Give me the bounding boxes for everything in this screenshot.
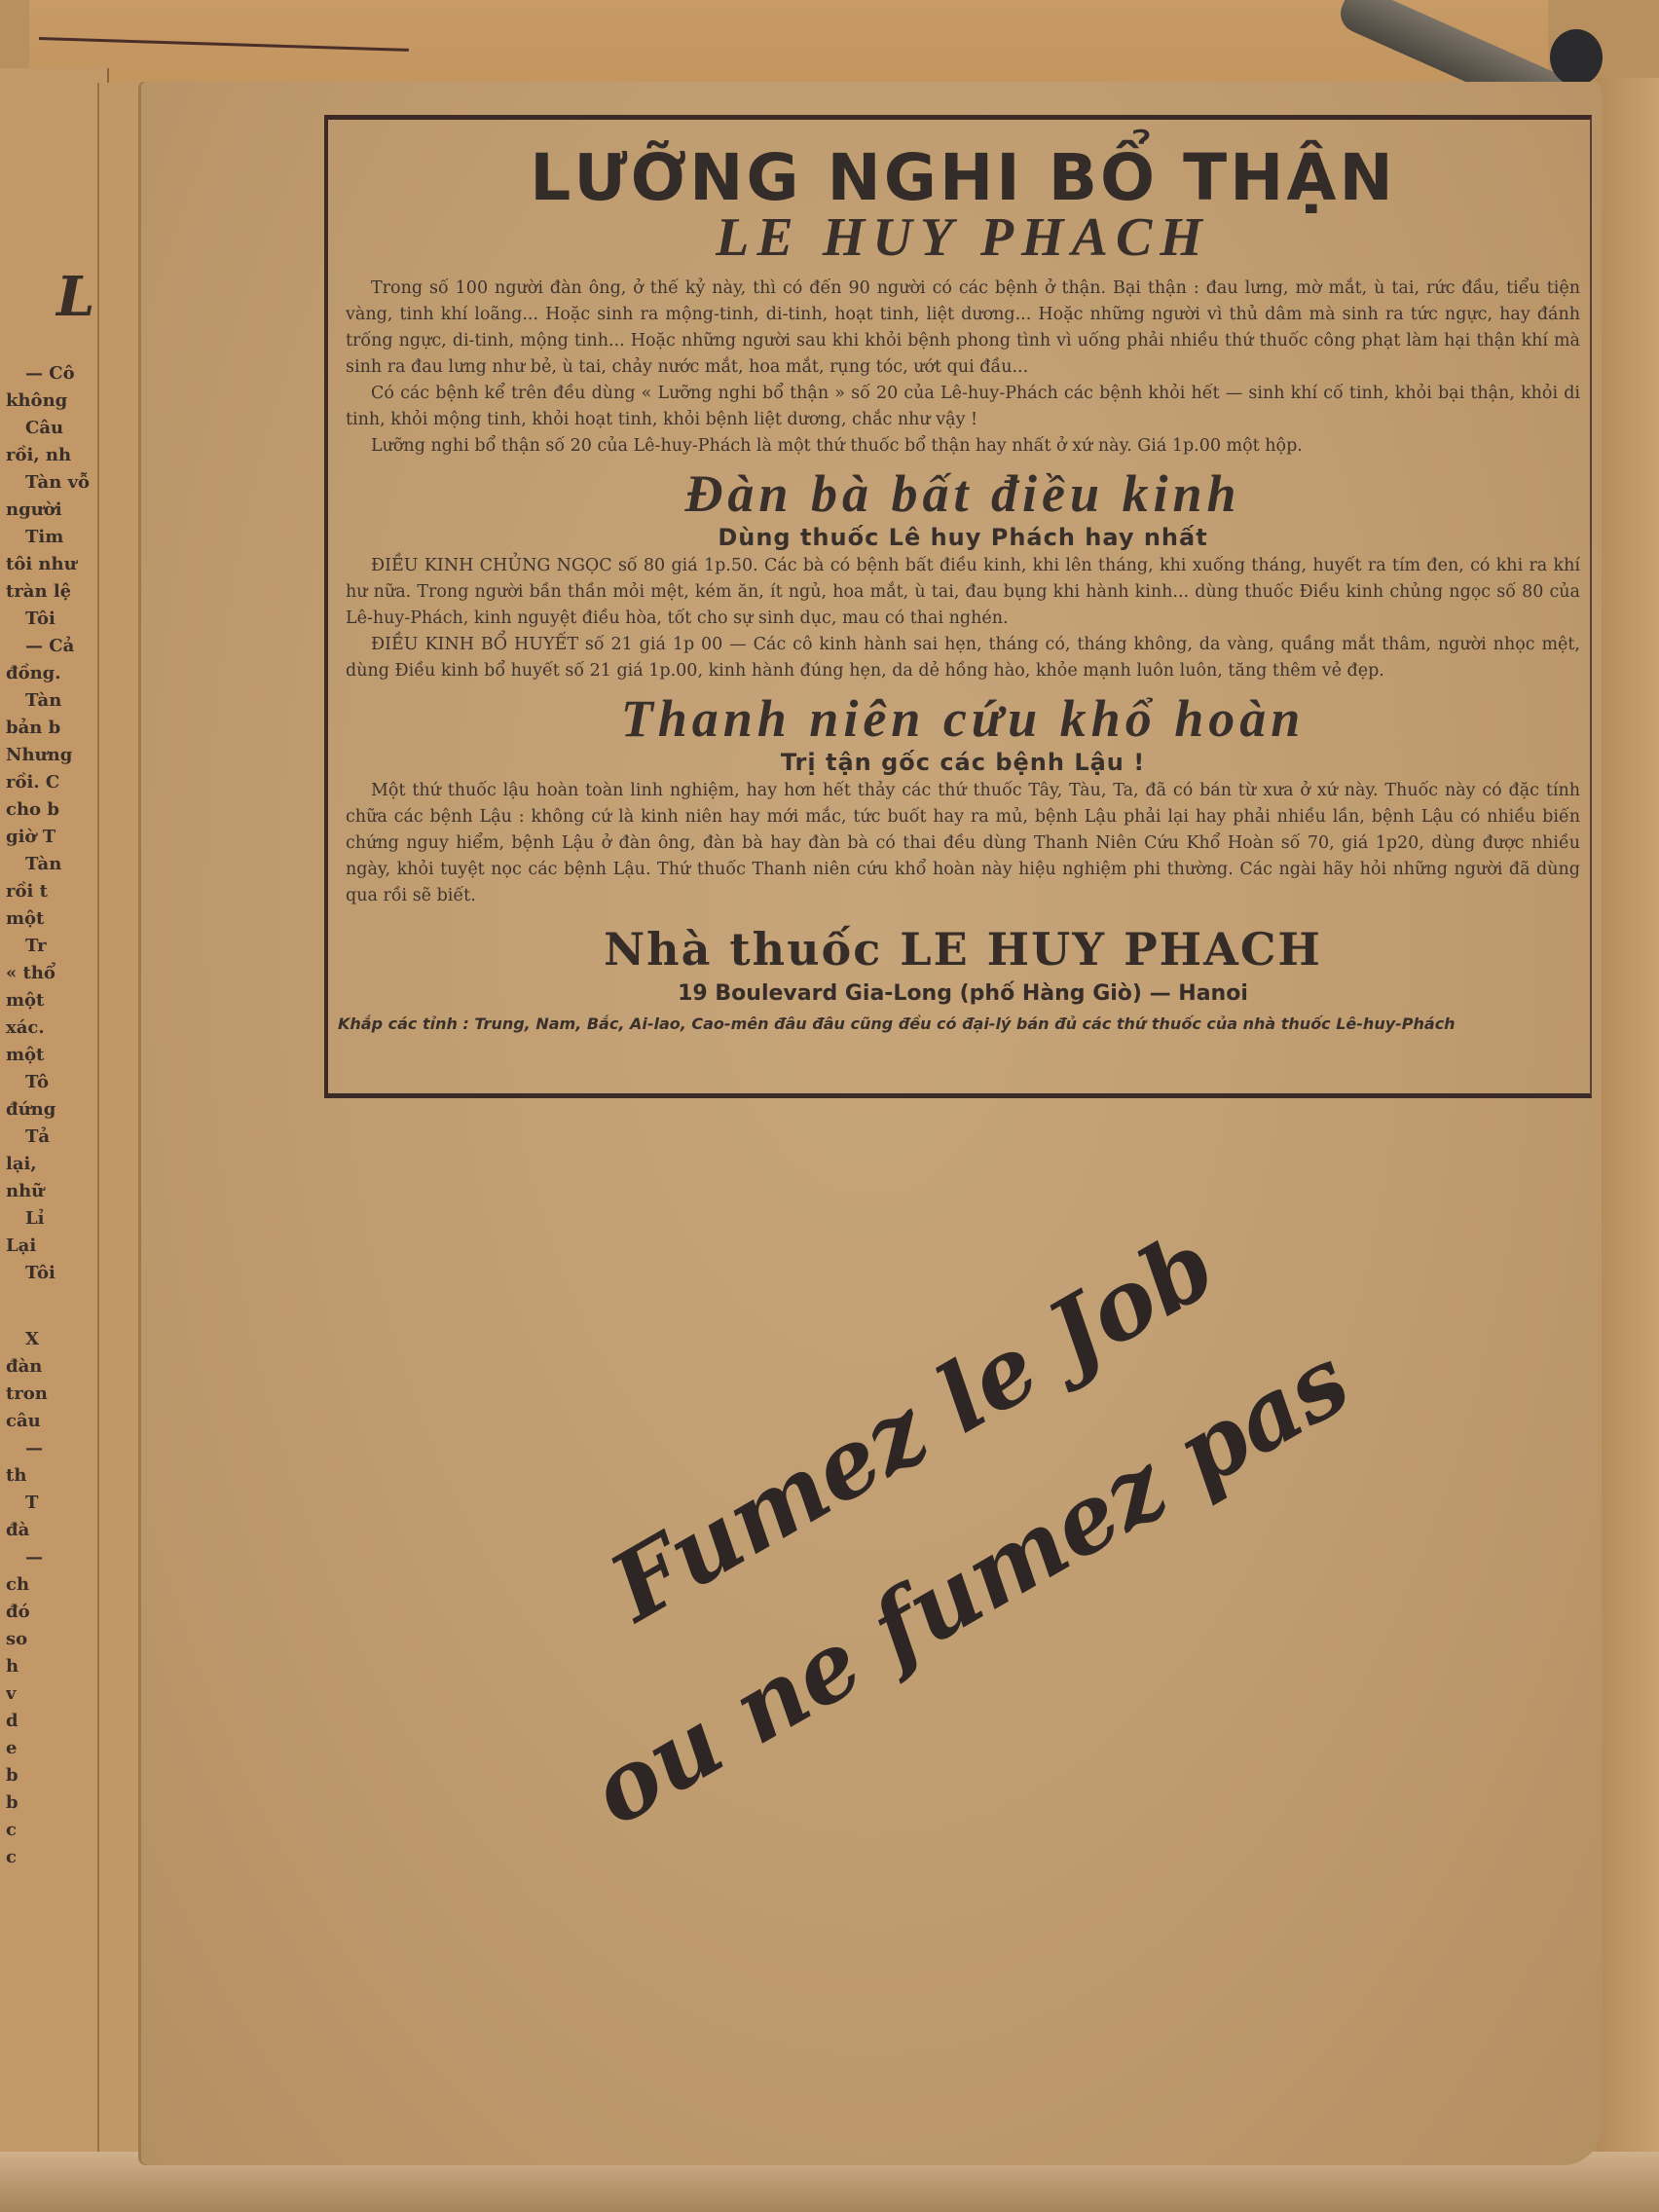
underlying-text-line: rồi. C bbox=[6, 769, 99, 796]
underlying-text-line: Tàn bbox=[6, 851, 99, 878]
product3-body: Một thứ thuốc lậu hoàn toàn linh nghiệm,… bbox=[346, 778, 1580, 909]
underlying-text-line: Tim bbox=[6, 524, 99, 551]
underlying-text-line: ch bbox=[6, 1571, 99, 1599]
underlying-text-line: Tôi bbox=[6, 606, 99, 633]
cigarette-slogan: Fumez le Job ou ne fumez pas bbox=[608, 1386, 1290, 1932]
underlying-text-line: rồi, nh bbox=[6, 442, 99, 469]
right-page-edge bbox=[1597, 78, 1659, 2212]
underlying-text-line: d bbox=[6, 1708, 99, 1735]
product1-body: Trong số 100 người đàn ông, ở thế kỷ này… bbox=[346, 276, 1580, 460]
underlying-text-line: « thổ bbox=[6, 960, 99, 987]
underlying-text-line: th bbox=[6, 1462, 99, 1490]
underlying-text-line: lại, bbox=[6, 1151, 99, 1178]
pen-cap bbox=[1550, 29, 1603, 86]
underlying-text-line: tron bbox=[6, 1381, 99, 1408]
product3-tagline: Trị tận gốc các bệnh Lậu ! bbox=[346, 747, 1580, 778]
underlying-text-line: Tàn vỗ bbox=[6, 469, 99, 497]
underlying-text-line: rồi t bbox=[6, 878, 99, 905]
underlying-text-line: Lỉ bbox=[6, 1205, 99, 1233]
underlying-text-line: nhữ bbox=[6, 1178, 99, 1205]
shop-name: Nhà thuốc LE HUY PHACH bbox=[346, 921, 1580, 977]
medicine-advertisement: LƯỠNG NGHI BỔ THẬN LE HUY PHACH Trong số… bbox=[324, 115, 1592, 1098]
underlying-text-line: đó bbox=[6, 1599, 99, 1626]
underlying-text-line: e bbox=[6, 1735, 99, 1762]
underlying-text-line: b bbox=[6, 1762, 99, 1789]
underlying-text-line: — bbox=[6, 1435, 99, 1462]
underlying-text-line: h bbox=[6, 1653, 99, 1680]
product1-paragraph: Trong số 100 người đàn ông, ở thế kỷ này… bbox=[346, 276, 1580, 381]
underlying-text-line: xác. bbox=[6, 1014, 99, 1042]
underlying-text-line: bản b bbox=[6, 715, 99, 742]
underlying-text-line: so bbox=[6, 1626, 99, 1653]
underlying-text-line: Tôi bbox=[6, 1260, 99, 1287]
underlying-page-left: L — CôkhôngCâurồi, nhTàn vỗngườiTimtôi n… bbox=[0, 68, 109, 2152]
underlying-text-line: Lại bbox=[6, 1233, 99, 1260]
underlying-text-line: c bbox=[6, 1817, 99, 1844]
agents-note: Khắp các tỉnh : Trung, Nam, Bắc, Ai-lao,… bbox=[338, 1011, 1580, 1038]
underlying-text-line: một bbox=[6, 905, 99, 933]
product3-paragraph: Một thứ thuốc lậu hoàn toàn linh nghiệm,… bbox=[346, 778, 1580, 909]
underlying-text-line: tôi như bbox=[6, 551, 99, 578]
underlying-text-line: tràn lệ bbox=[6, 578, 99, 606]
product2-paragraph: ĐIỀU KINH CHỦNG NGỌC số 80 giá 1p.50. Cá… bbox=[346, 553, 1580, 632]
ad-brand: LE HUY PHACH bbox=[346, 209, 1580, 266]
underlying-text-line: cho b bbox=[6, 796, 99, 824]
underlying-text-line: Tả bbox=[6, 1124, 99, 1151]
underlying-text-column: L — CôkhôngCâurồi, nhTàn vỗngườiTimtôi n… bbox=[6, 263, 99, 1871]
underlying-text-line: không bbox=[6, 387, 99, 415]
underlying-text-line: đứng bbox=[6, 1096, 99, 1124]
product1-paragraph: Có các bệnh kể trên đều dùng « Lưỡng ngh… bbox=[346, 381, 1580, 433]
product2-paragraph: ĐIỀU KINH BỔ HUYẾT số 21 giá 1p 00 — Các… bbox=[346, 632, 1580, 684]
underlying-text-line: đàn bbox=[6, 1353, 99, 1381]
drop-cap: L bbox=[6, 263, 99, 331]
underlying-text-line: v bbox=[6, 1680, 99, 1708]
product1-paragraph: Lưỡng nghi bổ thận số 20 của Lê-huy-Phác… bbox=[346, 433, 1580, 460]
main-page: LƯỠNG NGHI BỔ THẬN LE HUY PHACH Trong số… bbox=[141, 82, 1602, 2165]
underlying-text-line: Câu bbox=[6, 415, 99, 442]
underlying-text-line: c bbox=[6, 1844, 99, 1871]
underlying-text-line: người bbox=[6, 497, 99, 524]
underlying-text-line: câu bbox=[6, 1408, 99, 1435]
underlying-text-line: một bbox=[6, 987, 99, 1014]
underlying-text-line: T bbox=[6, 1490, 99, 1517]
underlying-text-line: Tàn bbox=[6, 687, 99, 715]
shop-address: 19 Boulevard Gia-Long (phố Hàng Giò) — H… bbox=[346, 977, 1580, 1011]
underlying-text-line: Tô bbox=[6, 1069, 99, 1096]
underlying-text-line: — Cô bbox=[6, 360, 99, 387]
underlying-text-line: Nhưng bbox=[6, 742, 99, 769]
underlying-text-line: giờ T bbox=[6, 824, 99, 851]
product3-title: Thanh niên cứu khổ hoàn bbox=[346, 690, 1580, 747]
underlying-text-line: — bbox=[6, 1544, 99, 1571]
ad-headline: LƯỠNG NGHI BỔ THẬN bbox=[346, 141, 1580, 215]
column-gap bbox=[6, 1287, 99, 1326]
underlying-text-line: một bbox=[6, 1042, 99, 1069]
underlying-text-line: — Cả bbox=[6, 633, 99, 660]
underlying-text-line: Tr bbox=[6, 933, 99, 960]
product2-title: Đàn bà bất điều kinh bbox=[346, 465, 1580, 522]
underlying-text-line: X bbox=[6, 1326, 99, 1353]
product2-tagline: Dùng thuốc Lê huy Phách hay nhất bbox=[346, 522, 1580, 553]
underlying-text-line: b bbox=[6, 1789, 99, 1817]
product2-body: ĐIỀU KINH CHỦNG NGỌC số 80 giá 1p.50. Cá… bbox=[346, 553, 1580, 684]
underlying-text-line: đà bbox=[6, 1517, 99, 1544]
underlying-text-line: đồng. bbox=[6, 660, 99, 687]
